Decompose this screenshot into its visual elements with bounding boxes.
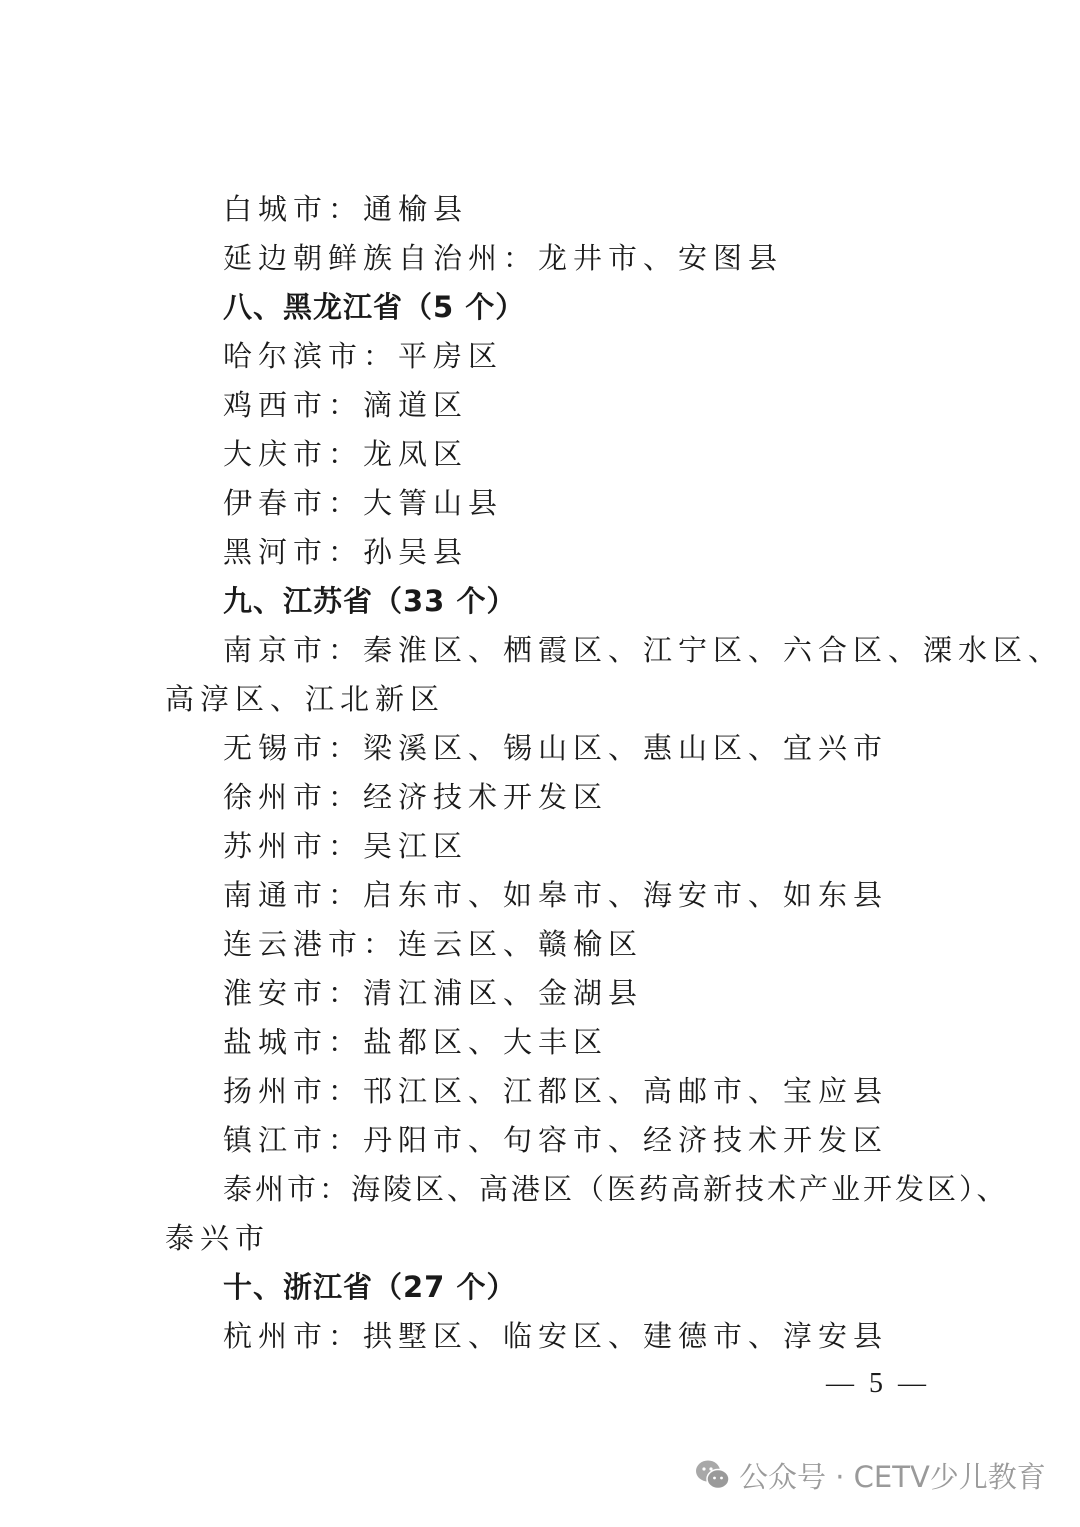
entry-yichun: 伊春市：大箐山县 <box>165 479 925 528</box>
entry-wuxi: 无锡市：梁溪区、锡山区、惠山区、宜兴市 <box>165 724 925 773</box>
district-list: 大箐山县 <box>363 486 503 520</box>
district-list: 海陵区、高港区（医药高新技术产业开发区）、 <box>351 1172 1009 1206</box>
city-label: 南通市： <box>223 878 363 912</box>
district-list: 清江浦区、金湖县 <box>363 976 643 1010</box>
entry-taizhou-continued: 泰兴市 <box>165 1214 925 1263</box>
city-label: 延边朝鲜族自治州： <box>223 241 538 275</box>
section-heading-zhejiang: 十、浙江省（27 个） <box>165 1263 925 1312</box>
district-list: 连云区、赣榆区 <box>398 927 643 961</box>
entry-suzhou: 苏州市：吴江区 <box>165 822 925 871</box>
city-label: 扬州市： <box>223 1074 363 1108</box>
page-number: — 5 — <box>826 1368 930 1400</box>
district-list: 经济技术开发区 <box>363 780 608 814</box>
district-list: 通榆县 <box>363 192 468 226</box>
city-label: 南京市： <box>223 633 363 667</box>
watermark: 公众号 · CETV少儿教育 <box>695 1455 1046 1495</box>
entry-zhenjiang: 镇江市：丹阳市、句容市、经济技术开发区 <box>165 1116 925 1165</box>
district-list: 拱墅区、临安区、建德市、淳安县 <box>363 1319 888 1353</box>
document-page: 白城市：通榆县 延边朝鲜族自治州：龙井市、安图县 八、黑龙江省（5 个） 哈尔滨… <box>0 0 1080 1527</box>
entry-huaian: 淮安市：清江浦区、金湖县 <box>165 969 925 1018</box>
entry-baicheng: 白城市：通榆县 <box>165 185 925 234</box>
district-list: 梁溪区、锡山区、惠山区、宜兴市 <box>363 731 888 765</box>
city-label: 伊春市： <box>223 486 363 520</box>
district-list: 滴道区 <box>363 388 468 422</box>
section-heading-jiangsu: 九、江苏省（33 个） <box>165 577 925 626</box>
section-heading-heilongjiang: 八、黑龙江省（5 个） <box>165 283 925 332</box>
district-list: 秦淮区、栖霞区、江宁区、六合区、溧水区、 <box>363 633 1063 667</box>
city-label: 连云港市： <box>223 927 398 961</box>
city-label: 无锡市： <box>223 731 363 765</box>
city-label: 黑河市： <box>223 535 363 569</box>
entry-nanjing-continued: 高淳区、江北新区 <box>165 675 925 724</box>
city-label: 盐城市： <box>223 1025 363 1059</box>
district-list: 龙井市、安图县 <box>538 241 783 275</box>
city-label: 白城市： <box>223 192 363 226</box>
city-label: 鸡西市： <box>223 388 363 422</box>
entry-heihe: 黑河市：孙吴县 <box>165 528 925 577</box>
entry-taizhou: 泰州市：海陵区、高港区（医药高新技术产业开发区）、 <box>165 1165 925 1214</box>
entry-hangzhou: 杭州市：拱墅区、临安区、建德市、淳安县 <box>165 1312 925 1361</box>
city-label: 镇江市： <box>223 1123 363 1157</box>
entry-harbin: 哈尔滨市：平房区 <box>165 332 925 381</box>
entry-nanjing: 南京市：秦淮区、栖霞区、江宁区、六合区、溧水区、 <box>165 626 925 675</box>
city-label: 徐州市： <box>223 780 363 814</box>
district-list: 平房区 <box>398 339 503 373</box>
entry-yancheng: 盐城市：盐都区、大丰区 <box>165 1018 925 1067</box>
city-label: 大庆市： <box>223 437 363 471</box>
district-list: 吴江区 <box>363 829 468 863</box>
entry-yanbian: 延边朝鲜族自治州：龙井市、安图县 <box>165 234 925 283</box>
district-list: 盐都区、大丰区 <box>363 1025 608 1059</box>
district-list: 邗江区、江都区、高邮市、宝应县 <box>363 1074 888 1108</box>
entry-nantong: 南通市：启东市、如皋市、海安市、如东县 <box>165 871 925 920</box>
entry-yangzhou: 扬州市：邗江区、江都区、高邮市、宝应县 <box>165 1067 925 1116</box>
city-label: 泰州市： <box>223 1172 351 1206</box>
district-list: 启东市、如皋市、海安市、如东县 <box>363 878 888 912</box>
entry-xuzhou: 徐州市：经济技术开发区 <box>165 773 925 822</box>
entry-lianyungang: 连云港市：连云区、赣榆区 <box>165 920 925 969</box>
district-list: 龙凤区 <box>363 437 468 471</box>
city-label: 淮安市： <box>223 976 363 1010</box>
watermark-text: 公众号 · CETV少儿教育 <box>739 1455 1046 1496</box>
document-body: 白城市：通榆县 延边朝鲜族自治州：龙井市、安图县 八、黑龙江省（5 个） 哈尔滨… <box>165 185 925 1361</box>
wechat-icon <box>695 1458 731 1492</box>
entry-jixi: 鸡西市：滴道区 <box>165 381 925 430</box>
district-list: 孙吴县 <box>363 535 468 569</box>
city-label: 杭州市： <box>223 1319 363 1353</box>
entry-daqing: 大庆市：龙凤区 <box>165 430 925 479</box>
district-list: 丹阳市、句容市、经济技术开发区 <box>363 1123 888 1157</box>
city-label: 哈尔滨市： <box>223 339 398 373</box>
city-label: 苏州市： <box>223 829 363 863</box>
